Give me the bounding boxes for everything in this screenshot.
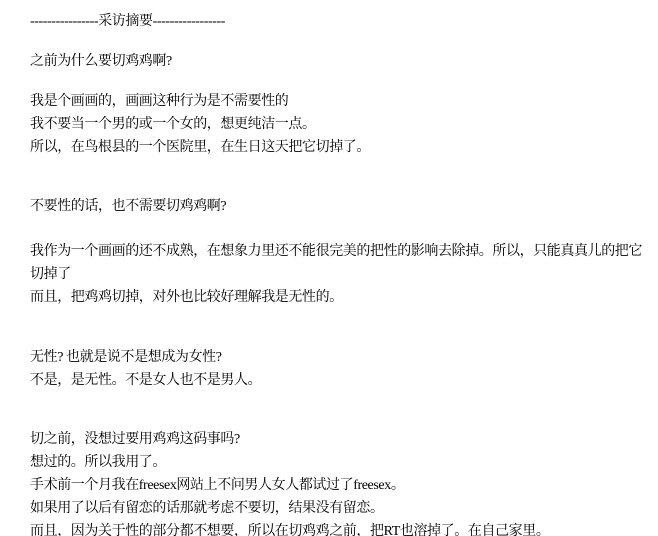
answer-line: 而且，因为关于性的部分都不想要，所以在切鸡鸡之前，把RT也溶掉了。在自己家里。: [30, 520, 658, 536]
qa-section-3: 无性? 也就是说不是想成为女性? 不是，是无性。不是女人也不是男人。: [30, 346, 658, 392]
question-line: 不要性的话，也不需要切鸡鸡啊?: [30, 195, 658, 218]
answer-line: 想过的。所以我用了。: [30, 451, 658, 474]
qa-section-1: 之前为什么要切鸡鸡啊? 我是个画画的，画画这种行为是不需要性的 我不要当一个男的…: [30, 50, 658, 159]
question-line: 无性? 也就是说不是想成为女性?: [30, 346, 658, 369]
answer-line: 我是个画画的，画画这种行为是不需要性的: [30, 90, 658, 113]
qa-section-4: 切之前，没想过要用鸡鸡这码事吗? 想过的。所以我用了。 手术前一个月我在free…: [30, 428, 658, 536]
interview-document: ----------------采访摘要----------------- 之前…: [0, 0, 658, 536]
answer-line: 手术前一个月我在freesex网站上不问男人女人都试过了freesex。: [30, 474, 658, 497]
answer-line: 而且，把鸡鸡切掉，对外也比较好理解我是无性的。: [30, 286, 658, 309]
answer-line: 不是，是无性。不是女人也不是男人。: [30, 369, 658, 392]
answer-line: 我不要当一个男的或一个女的，想更纯洁一点。: [30, 113, 658, 136]
answer-line: 所以，在鸟根县的一个医院里，在生日这天把它切掉了。: [30, 136, 658, 159]
qa-section-2: 不要性的话，也不需要切鸡鸡啊? 我作为一个画画的还不成熟，在想象力里还不能很完美…: [30, 195, 658, 309]
document-title: ----------------采访摘要-----------------: [30, 10, 658, 33]
question-line: 之前为什么要切鸡鸡啊?: [30, 50, 658, 73]
question-line: 切之前，没想过要用鸡鸡这码事吗?: [30, 428, 658, 451]
answer-line: 我作为一个画画的还不成熟，在想象力里还不能很完美的把性的影响去除掉。所以，只能真…: [30, 240, 658, 263]
answer-line: 切掉了: [30, 263, 658, 286]
answer-line: 如果用了以后有留恋的话那就考虑不要切，结果没有留恋。: [30, 497, 658, 520]
